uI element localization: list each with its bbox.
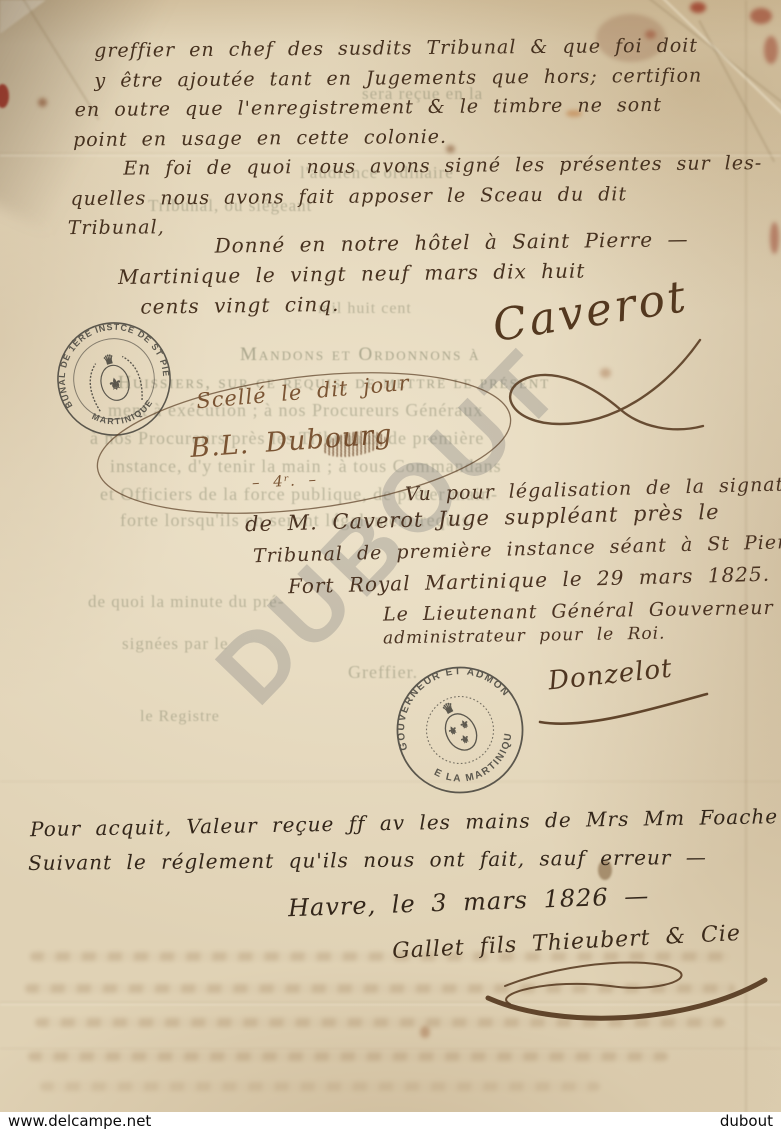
scanned-manuscript-page: sera reçue en la l'audience ordinaire Tr… bbox=[0, 0, 781, 1131]
gallet-flourish bbox=[480, 956, 775, 1028]
greffier-abbreviation: – 4ʳ. – bbox=[252, 470, 318, 491]
stain-mark bbox=[750, 8, 772, 24]
crease-line bbox=[0, 1048, 781, 1049]
certification-paragraph: greffier en chef des susdits Tribunal & … bbox=[94, 31, 763, 243]
stain-mark bbox=[764, 36, 778, 64]
image-footer-bar: www.delcampe.net dubout bbox=[0, 1112, 781, 1131]
legalisation-line: Le Lieutenant Général Gouverneur & bbox=[383, 596, 781, 625]
bleed-smudge bbox=[28, 1052, 668, 1061]
bleedthrough-line: Greffier. bbox=[348, 662, 418, 683]
manuscript-line: En foi de quoi nous avons signé les prés… bbox=[123, 149, 762, 184]
stain-mark bbox=[420, 1026, 430, 1038]
stain-mark bbox=[690, 2, 706, 13]
delcampe-watermark-text: www.delcampe.net bbox=[8, 1112, 151, 1131]
legalisation-line: administrateur pour le Roi. bbox=[383, 624, 666, 649]
stain-mark bbox=[38, 98, 47, 107]
stain-mark bbox=[770, 222, 779, 254]
svg-text:GOUVERNEUR ET ADMON: GOUVERNEUR ET ADMON bbox=[374, 644, 513, 754]
fleur-de-lis-icon: ⚜ bbox=[458, 733, 472, 748]
bleed-smudge bbox=[40, 1082, 600, 1091]
seller-watermark-text: dubout bbox=[720, 1112, 773, 1131]
manuscript-line: en outre que l'enregistrement & le timbr… bbox=[75, 90, 762, 125]
donzelot-flourish bbox=[535, 690, 715, 730]
receipt-date-line: Havre, le 3 mars 1826 — bbox=[288, 882, 650, 923]
receipt-line: Pour acquit, Valeur reçue ƒƒ av les main… bbox=[30, 803, 781, 842]
crease-line bbox=[0, 781, 781, 782]
